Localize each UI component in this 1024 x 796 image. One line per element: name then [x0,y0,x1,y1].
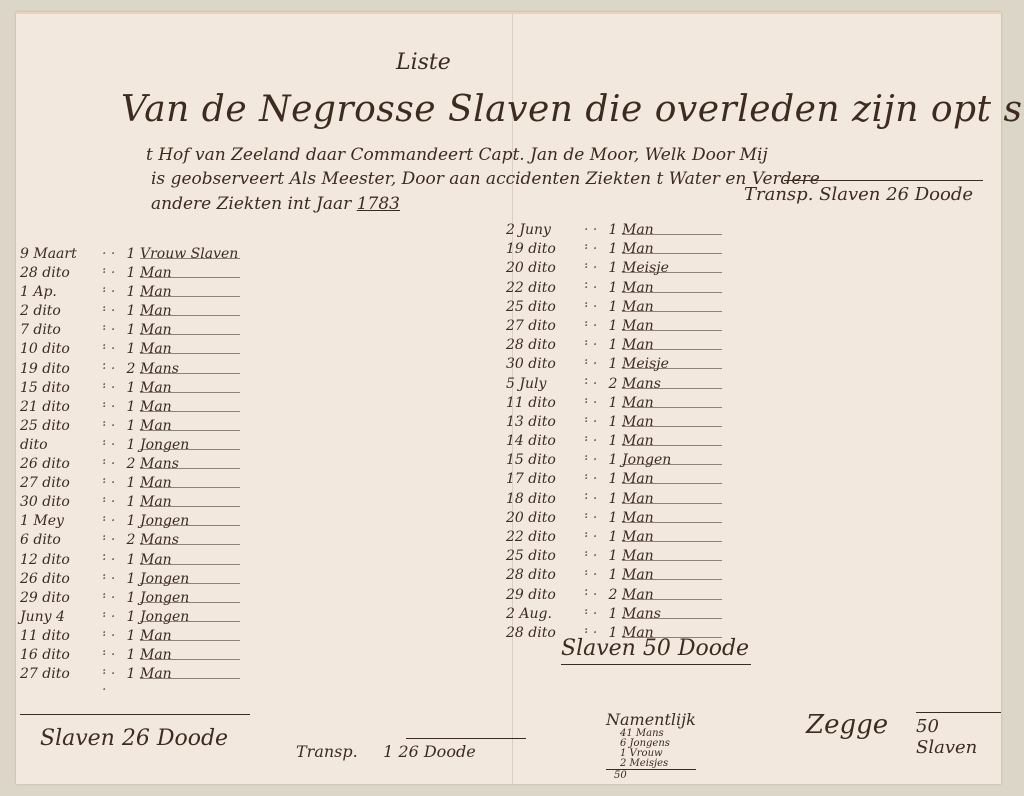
entry-row: 26 dito· · ·1Jongen [20,571,250,590]
entry-date: 20 dito [506,510,584,526]
entry-kind: Man [622,280,732,296]
entry-row: 28 dito· · ·1Man [506,567,732,586]
entry-date: 27 dito [506,318,584,334]
entry-kind: Mans [140,361,250,377]
entry-date: 22 dito [506,280,584,296]
entry-count: 1 [604,548,622,564]
entry-count: 1 [604,356,622,372]
entry-count: 1 [122,303,140,319]
entry-row: 2 dito· · ·1Man [20,303,250,322]
entry-kind: Man [622,587,732,603]
document-title: Van de Negrosse Slaven die overleden zij… [121,89,1024,130]
entry-kind: Jongen [622,452,732,468]
entry-row: 28 dito· · ·1Man [506,337,732,356]
entry-row: 28 dito· · ·1Man [20,265,250,284]
entry-row: 19 dito· · ·1Man [506,241,732,260]
entry-row: Juny 4· · ·1Jongen [20,609,250,628]
entry-count: 1 [604,337,622,353]
entry-date: 25 dito [506,548,584,564]
entry-kind: Man [140,380,250,396]
entry-date: 18 dito [506,491,584,507]
entry-kind: Vrouw Slaven [140,246,250,262]
entry-kind: Man [140,647,250,663]
entry-kind: Man [622,222,732,238]
left-column: 9 Maart· · ·1Vrouw Slaven28 dito· · ·1Ma… [20,246,250,685]
entry-count: 1 [604,414,622,430]
entry-row: 22 dito· · ·1Man [506,280,732,299]
breakdown: Namentlijk 41 Mans 6 Jongens 1 Vrouw 2 M… [606,710,696,781]
entry-count: 1 [122,666,140,682]
entry-kind: Man [622,241,732,257]
left-total-text: Slaven 26 Doode [40,726,228,751]
entry-date: 15 dito [506,452,584,468]
entry-kind: Mans [622,376,732,392]
entry-count: 1 [122,475,140,491]
entry-kind: Man [140,475,250,491]
transport-bottom-label: Transp. [296,742,358,761]
entry-row: 18 dito· · ·1Man [506,491,732,510]
entry-count: 1 [122,341,140,357]
entry-row: 2 Aug.· · ·1Mans [506,606,732,625]
entry-count: 1 [122,437,140,453]
entry-date: 19 dito [506,241,584,257]
entry-kind: Man [140,666,250,682]
entry-row: 1 Mey· · ·1Jongen [20,513,250,532]
breakdown-heading: Namentlijk [606,710,696,729]
entry-kind: Man [140,265,250,281]
entry-date: 11 dito [506,395,584,411]
entry-row: 9 Maart· · ·1Vrouw Slaven [20,246,250,265]
entry-date: 13 dito [506,414,584,430]
breakdown-item: 2 Meisjes [606,759,696,769]
entry-row: 19 dito· · ·2Mans [20,361,250,380]
entry-count: 2 [604,376,622,392]
entry-row: dito· · ·1Jongen [20,437,250,456]
entry-count: 1 [604,567,622,583]
entry-date: 28 dito [506,567,584,583]
entry-count: 1 [122,647,140,663]
entry-kind: Man [622,510,732,526]
entry-kind: Jongen [140,437,250,453]
entry-row: 5 July· · ·2Mans [506,376,732,395]
entry-kind: Man [622,471,732,487]
entry-date: 17 dito [506,471,584,487]
entry-date: 27 dito [20,475,102,491]
entry-kind: Man [140,399,250,415]
entry-count: 1 [604,433,622,449]
subtitle-line-2: is geobserveert Als Meester, Door aan ac… [151,169,820,189]
entry-kind: Mans [622,606,732,622]
entry-count: 1 [604,241,622,257]
entry-kind: Man [622,433,732,449]
document-year: 1783 [357,194,400,214]
right-total: Slaven 50 Doode [561,636,749,661]
entry-count: 1 [122,590,140,606]
entry-kind: Man [140,418,250,434]
entry-count: 1 [122,284,140,300]
transport-top-rule [784,180,983,181]
subtitle-line-3: andere Ziekten int Jaar 1783 [151,194,400,214]
entry-kind: Man [622,548,732,564]
entry-date: Juny 4 [20,609,102,625]
entry-date: 22 dito [506,529,584,545]
entry-count: 1 [604,280,622,296]
entry-count: 1 [604,318,622,334]
entry-count: 1 [122,571,140,587]
entry-row: 11 dito· · ·1Man [506,395,732,414]
transport-top: Transp. Slaven 26 Doode [744,184,973,205]
entry-kind: Man [140,628,250,644]
manuscript-page: Liste Van de Negrosse Slaven die overled… [16,12,1001,784]
transport-bottom-value: 1 26 Doode [383,742,476,761]
entry-row: 2 Juny· · ·1Man [506,222,732,241]
left-total: Slaven 26 Doode [40,726,228,751]
transport-top-text: Slaven 26 Doode [819,184,973,205]
entry-date: dito [20,437,102,453]
entry-date: 7 dito [20,322,102,338]
entry-count: 1 [604,222,622,238]
entry-row: 13 dito· · ·1Man [506,414,732,433]
grand-total-text: 50 Slaven [916,716,977,758]
entry-row: 6 dito· · ·2Mans [20,532,250,551]
entry-date: 14 dito [506,433,584,449]
grand-total-rule [916,712,1001,713]
entry-kind: Jongen [140,571,250,587]
entry-count: 1 [122,494,140,510]
entry-row: 14 dito· · ·1Man [506,433,732,452]
entry-row: 27 dito· · ·1Man [20,666,250,685]
entry-count: 2 [122,361,140,377]
entry-row: 27 dito· · ·1Man [20,475,250,494]
entry-kind: Man [622,491,732,507]
entry-date: 10 dito [20,341,102,357]
entry-kind: Man [622,567,732,583]
entry-date: 25 dito [20,418,102,434]
entry-date: 20 dito [506,260,584,276]
entry-count: 1 [122,628,140,644]
entry-kind: Man [140,322,250,338]
entry-date: 1 Mey [20,513,102,529]
entry-row: 30 dito· · ·1Meisje [506,356,732,375]
entry-kind: Meisje [622,260,732,276]
entry-date: 30 dito [20,494,102,510]
entry-date: 11 dito [20,628,102,644]
entry-count: 1 [604,299,622,315]
entry-date: 29 dito [20,590,102,606]
document-heading: Liste [396,50,451,75]
entry-date: 6 dito [20,532,102,548]
grand-total: 50 Slaven [916,716,1001,758]
entry-row: 25 dito· · ·1Man [506,548,732,567]
entry-row: 20 dito· · ·1Man [506,510,732,529]
entry-date: 26 dito [20,571,102,587]
entry-count: 2 [122,456,140,472]
entry-row: 7 dito· · ·1Man [20,322,250,341]
breakdown-sum: 50 [606,769,696,781]
entry-row: 10 dito· · ·1Man [20,341,250,360]
entry-kind: Meisje [622,356,732,372]
entry-row: 17 dito· · ·1Man [506,471,732,490]
entry-kind: Man [622,529,732,545]
entry-row: 1 Ap.· · ·1Man [20,284,250,303]
entry-date: 27 dito [20,666,102,682]
entry-row: 12 dito· · ·1Man [20,552,250,571]
entry-count: 1 [122,609,140,625]
entry-date: 28 dito [20,265,102,281]
transport-bottom: Transp. 1 26 Doode [296,742,476,761]
entry-date: 2 Juny [506,222,584,238]
entry-count: 1 [122,265,140,281]
entry-count: 1 [122,322,140,338]
entry-date: 21 dito [20,399,102,415]
entry-count: 1 [604,260,622,276]
entry-kind: Man [140,303,250,319]
entry-date: 2 dito [20,303,102,319]
entry-kind: Jongen [140,590,250,606]
entry-kind: Man [140,494,250,510]
entry-row: 26 dito· · ·2Mans [20,456,250,475]
entry-kind: Jongen [140,513,250,529]
entry-count: 1 [604,529,622,545]
entry-count: 1 [604,471,622,487]
entry-count: 1 [122,513,140,529]
entry-row: 20 dito· · ·1Meisje [506,260,732,279]
entry-date: 30 dito [506,356,584,372]
entry-count: 2 [604,587,622,603]
transport-bottom-rule [406,738,526,739]
entry-row: 25 dito· · ·1Man [506,299,732,318]
entry-count: 1 [604,606,622,622]
entry-count: 1 [604,395,622,411]
signature: Zegge [806,710,888,740]
entry-row: 29 dito· · ·2Man [506,587,732,606]
entry-count: 1 [604,510,622,526]
entry-leader: · · · [102,666,122,698]
entry-count: 1 [604,452,622,468]
entry-row: 15 dito· · ·1Jongen [506,452,732,471]
entry-date: 26 dito [20,456,102,472]
entry-count: 1 [122,399,140,415]
entry-date: 9 Maart [20,246,102,262]
entry-kind: Mans [140,532,250,548]
entry-date: 12 dito [20,552,102,568]
entry-kind: Man [622,318,732,334]
left-total-rule [20,714,250,715]
entry-row: 21 dito· · ·1Man [20,399,250,418]
right-total-rule [561,664,751,665]
entry-count: 1 [122,418,140,434]
entry-date: 15 dito [20,380,102,396]
transport-top-label: Transp. [744,184,813,205]
entry-count: 1 [122,380,140,396]
entry-kind: Man [622,299,732,315]
entry-kind: Mans [140,456,250,472]
entry-date: 25 dito [506,299,584,315]
entry-row: 29 dito· · ·1Jongen [20,590,250,609]
entry-row: 15 dito· · ·1Man [20,380,250,399]
entry-kind: Man [140,552,250,568]
subtitle-line-1: t Hof van Zeeland daar Commandeert Capt.… [146,145,768,165]
entry-kind: Man [622,414,732,430]
entry-count: 1 [604,491,622,507]
entry-row: 22 dito· · ·1Man [506,529,732,548]
entry-date: 2 Aug. [506,606,584,622]
subtitle-line-3-text: andere Ziekten int Jaar [151,194,351,214]
right-column: 2 Juny· · ·1Man19 dito· · ·1Man20 dito· … [506,222,732,644]
entry-kind: Man [140,284,250,300]
entry-date: 19 dito [20,361,102,377]
entry-kind: Man [622,337,732,353]
entry-row: 30 dito· · ·1Man [20,494,250,513]
entry-row: 27 dito· · ·1Man [506,318,732,337]
entry-kind: Man [140,341,250,357]
entry-date: 16 dito [20,647,102,663]
right-total-text: Slaven 50 Doode [561,636,749,661]
entry-date: 29 dito [506,587,584,603]
entry-row: 11 dito· · ·1Man [20,628,250,647]
entry-count: 2 [122,532,140,548]
entry-date: 1 Ap. [20,284,102,300]
entry-kind: Man [622,395,732,411]
entry-kind: Jongen [140,609,250,625]
entry-date: 5 July [506,376,584,392]
entry-count: 1 [122,246,140,262]
entry-count: 1 [122,552,140,568]
entry-row: 25 dito· · ·1Man [20,418,250,437]
entry-date: 28 dito [506,337,584,353]
entry-row: 16 dito· · ·1Man [20,647,250,666]
